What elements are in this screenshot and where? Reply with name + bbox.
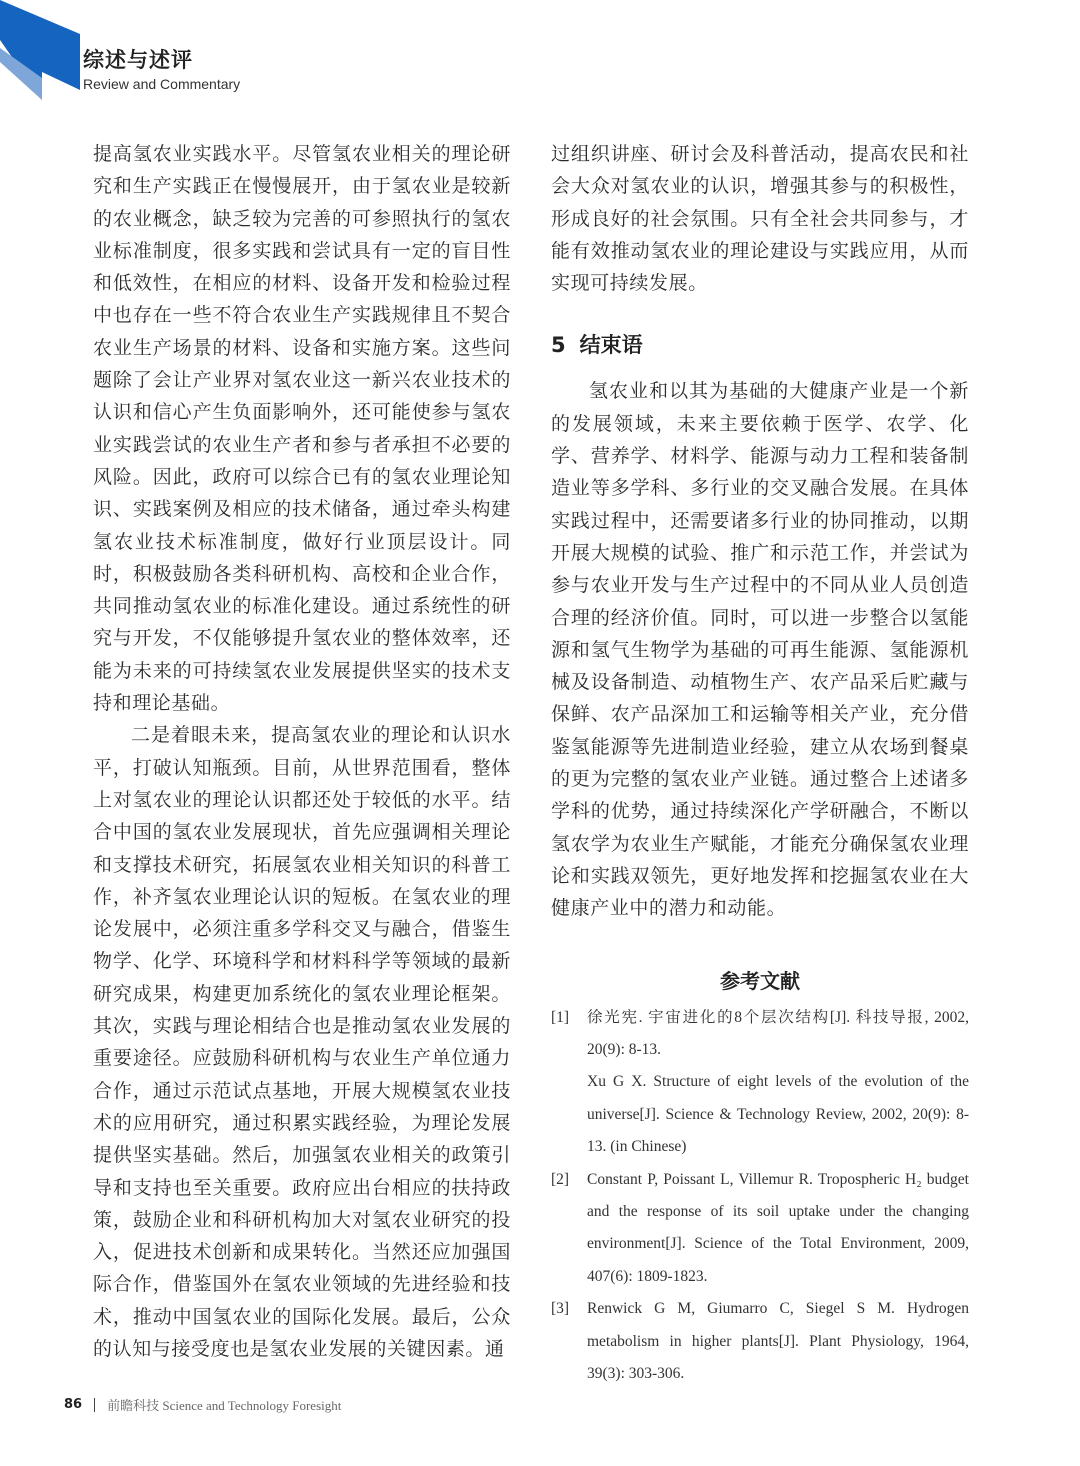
right-column: 过组织讲座、研讨会及科普活动，提高农民和社会大众对氢农业的认识，增强其参与的积极… bbox=[551, 138, 969, 1390]
body-paragraph: 过组织讲座、研讨会及科普活动，提高农民和社会大众对氢农业的认识，增强其参与的积极… bbox=[551, 138, 969, 299]
reference-text-en: Xu G X. Structure of eight levels of the… bbox=[587, 1066, 969, 1163]
reference-item: [2] Constant P, Poissant L, Villemur R. … bbox=[551, 1164, 969, 1294]
section-title: 结束语 bbox=[580, 333, 643, 357]
footer-divider bbox=[94, 1398, 95, 1412]
reference-item: [3] Renwick G M, Giumarro C, Siegel S M.… bbox=[551, 1293, 969, 1390]
left-column: 提高氢农业实践水平。尽管氢农业相关的理论研究和生产实践正在慢慢展开，由于氢农业是… bbox=[93, 138, 511, 1365]
body-paragraph: 提高氢农业实践水平。尽管氢农业相关的理论研究和生产实践正在慢慢展开，由于氢农业是… bbox=[93, 138, 511, 719]
journal-name: 前瞻科技 Science and Technology Foresight bbox=[107, 1395, 341, 1414]
reference-index: [1] bbox=[551, 1002, 587, 1164]
reference-text: Renwick G M, Giumarro C, Siegel S M. Hyd… bbox=[587, 1293, 969, 1390]
header-corner-decoration bbox=[0, 0, 80, 100]
references-heading: 参考文献 bbox=[551, 965, 969, 994]
section-title-en: Review and Commentary bbox=[83, 76, 240, 92]
section-heading: 5结束语 bbox=[551, 329, 969, 359]
section-title-cn: 综述与述评 bbox=[83, 44, 193, 74]
reference-index: [3] bbox=[551, 1293, 587, 1390]
body-paragraph: 二是着眼未来，提高氢农业的理论和认识水平，打破认知瓶颈。目前，从世界范围看，整体… bbox=[93, 719, 511, 1365]
reference-text: Constant P, Poissant L, Villemur R. Trop… bbox=[587, 1164, 969, 1294]
reference-item: [1] 徐光宪. 宇宙进化的8个层次结构[J]. 科技导报, 2002, 20(… bbox=[551, 1002, 969, 1164]
section-number: 5 bbox=[551, 333, 566, 357]
body-paragraph: 氢农业和以其为基础的大健康产业是一个新的发展领域，未来主要依赖于医学、农学、化学… bbox=[551, 375, 969, 924]
reference-index: [2] bbox=[551, 1164, 587, 1294]
reference-text-cn: 徐光宪. 宇宙进化的8个层次结构[J]. 科技导报, 2002, 20(9): … bbox=[587, 1002, 969, 1067]
page-footer: 86 前瞻科技 Science and Technology Foresight bbox=[64, 1395, 341, 1414]
page-number: 86 bbox=[64, 1397, 82, 1412]
